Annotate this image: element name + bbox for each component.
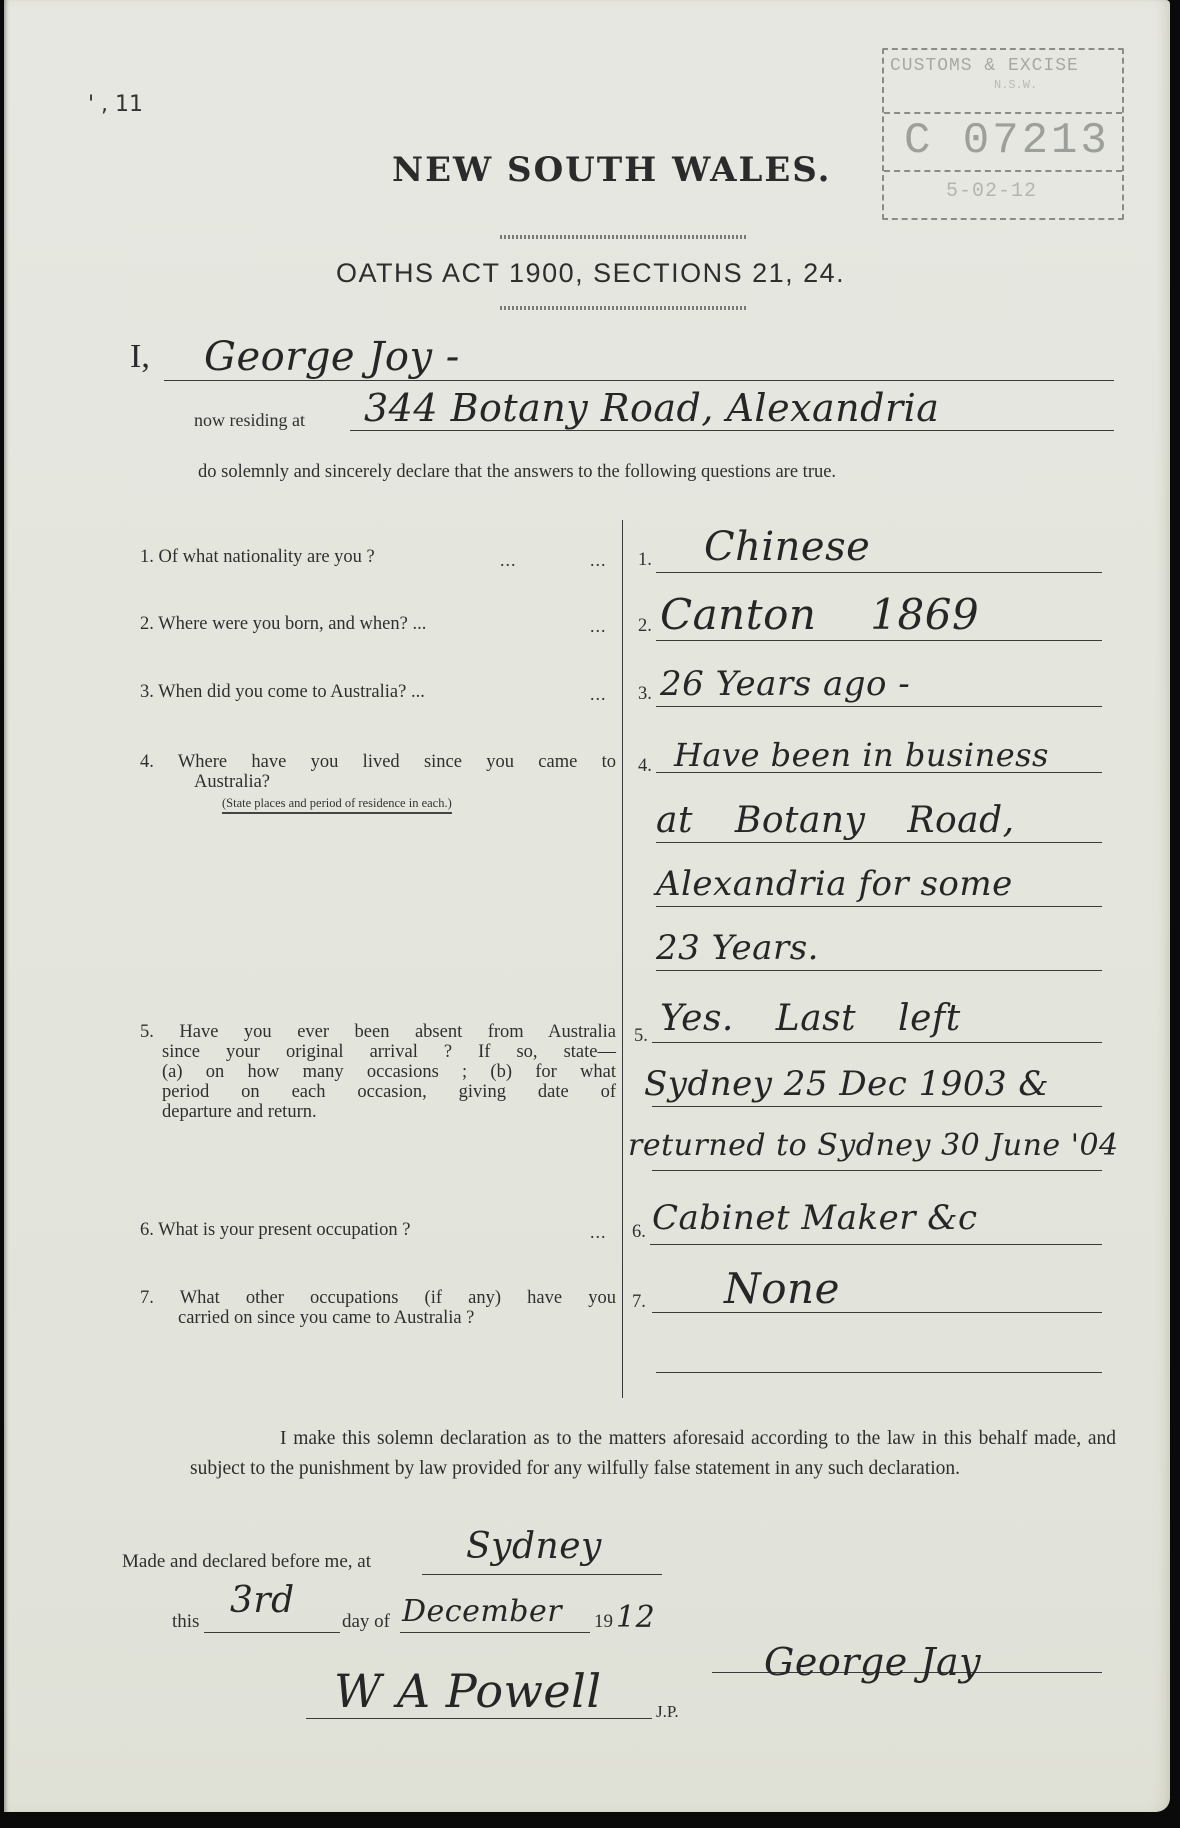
stamp-divider: [884, 112, 1122, 114]
leader-dots: ...: [590, 1222, 607, 1243]
question-number: 1.: [140, 547, 154, 567]
title-divider: [500, 235, 746, 239]
question-number: 6.: [140, 1220, 154, 1240]
question-7: 7. What other occupations (if any) have …: [140, 1288, 616, 1308]
stamp-number: C 07213: [904, 116, 1110, 166]
residing-label: now residing at: [194, 410, 305, 430]
question-4-note: (State places and period of residence in…: [222, 796, 452, 814]
question-text: Have you ever been absent from Australia: [179, 1022, 616, 1042]
month-line: [400, 1632, 590, 1633]
attestation-month: December: [402, 1594, 562, 1629]
this-label: this: [172, 1612, 199, 1632]
stamp-date: 5-02-12: [946, 180, 1037, 203]
subtitle-divider: [500, 306, 746, 310]
stamp-subheader: N.S.W.: [994, 78, 1037, 92]
answer-4-line-1: Have been in business: [674, 736, 1049, 774]
document-page: ' , 11 CUSTOMS & EXCISE N.S.W. C 07213 5…: [4, 0, 1170, 1812]
answer-number: 5.: [634, 1026, 648, 1047]
jp-label: J.P.: [656, 1702, 679, 1722]
declaration-intro: do solemnly and sincerely declare that t…: [198, 462, 836, 482]
leader-dots: ...: [590, 550, 607, 571]
answer-line: [650, 1244, 1102, 1245]
place-line: [422, 1574, 662, 1575]
question-1: 1. Of what nationality are you ?: [140, 547, 375, 567]
made-declared-label: Made and declared before me, at: [122, 1552, 371, 1572]
declarant-address: 344 Botany Road, Alexandria: [364, 386, 939, 430]
address-line: [350, 430, 1114, 431]
jp-signature-line: [306, 1718, 652, 1719]
column-divider: [622, 520, 623, 1398]
answer-line: [652, 1106, 1102, 1107]
document-title: NEW SOUTH WALES.: [392, 150, 832, 190]
answer-number: 1.: [638, 550, 652, 571]
answer-1: Chinese: [704, 524, 870, 570]
document-subtitle: OATHS ACT 1900, SECTIONS 21, 24.: [336, 258, 845, 289]
leader-dots: ...: [500, 550, 517, 571]
question-7-cont: carried on since you came to Australia ?: [178, 1308, 474, 1328]
question-6: 6. What is your present occupation ?: [140, 1220, 410, 1240]
answer-number: 7.: [632, 1292, 646, 1313]
day-line: [204, 1632, 340, 1633]
question-5-cont: period on each occasion, giving date of: [162, 1082, 616, 1102]
answer-6: Cabinet Maker &c: [652, 1198, 978, 1238]
question-4-cont: Australia?: [194, 772, 270, 792]
question-text: What is your present occupation ?: [158, 1220, 410, 1240]
answer-line: [656, 970, 1102, 971]
attestation-day: 3rd: [230, 1580, 295, 1621]
question-text: Of what nationality are you ?: [159, 547, 375, 567]
answer-line: [656, 706, 1102, 707]
answer-3: 26 Years ago -: [660, 664, 910, 704]
question-5-cont: departure and return.: [162, 1102, 317, 1122]
question-text: What other occupations (if any) have you: [180, 1288, 616, 1308]
question-5: 5. Have you ever been absent from Austra…: [140, 1022, 616, 1042]
question-number: 4.: [140, 752, 154, 772]
answer-line: [656, 906, 1102, 907]
customs-stamp: CUSTOMS & EXCISE N.S.W. C 07213 5-02-12: [882, 48, 1124, 220]
answer-5-line-3: returned to Sydney 30 June '04: [628, 1128, 1119, 1163]
question-number: 2.: [140, 614, 154, 634]
answer-number: 6.: [632, 1222, 646, 1243]
answer-4-line-2: at Botany Road,: [656, 800, 1015, 841]
attestation-year: 12: [616, 1600, 655, 1635]
answer-4-line-3: Alexandria for some: [656, 864, 1013, 904]
question-5-cont: since your original arrival ? If so, sta…: [162, 1042, 616, 1062]
name-line: [164, 380, 1114, 381]
answer-number: 2.: [638, 616, 652, 637]
declarant-name: George Joy -: [204, 334, 460, 380]
attestation-place: Sydney: [466, 1526, 602, 1567]
answer-5-line-1: Yes. Last left: [660, 998, 961, 1039]
declarant-signature: George Jay: [764, 1640, 981, 1684]
question-3: 3. When did you come to Australia? ...: [140, 682, 425, 702]
answer-line: [656, 572, 1102, 573]
year-prefix: 19: [594, 1612, 613, 1632]
declarant-prefix: I,: [130, 338, 150, 376]
leader-dots: ...: [590, 684, 607, 705]
answer-line: [656, 842, 1102, 843]
leader-dots: ...: [590, 616, 607, 637]
question-text: When did you come to Australia? ...: [158, 682, 425, 702]
jp-signature: W A Powell: [334, 1664, 602, 1718]
day-of-label: day of: [342, 1612, 390, 1632]
answer-number: 3.: [638, 684, 652, 705]
answer-5-line-2: Sydney 25 Dec 1903 &: [644, 1064, 1049, 1104]
answer-7: None: [724, 1264, 840, 1313]
question-number: 5.: [140, 1022, 154, 1042]
answer-line: [656, 1372, 1102, 1373]
question-text: Where were you born, and when? ...: [158, 614, 426, 634]
question-2: 2. Where were you born, and when? ...: [140, 614, 426, 634]
answer-number: 4.: [638, 756, 652, 777]
question-number: 7.: [140, 1288, 154, 1308]
margin-mark: ' , 11: [88, 92, 143, 117]
answer-line: [652, 1312, 1102, 1313]
stamp-divider: [884, 170, 1122, 172]
stamp-header: CUSTOMS & EXCISE: [890, 56, 1079, 76]
question-number: 3.: [140, 682, 154, 702]
question-5-cont: (a) on how many occasions ; (b) for what: [162, 1062, 616, 1082]
question-4: 4. Where have you lived since you came t…: [140, 752, 616, 772]
answer-line: [652, 1042, 1102, 1043]
question-text: Where have you lived since you came to: [178, 752, 616, 772]
answer-line: [656, 640, 1102, 641]
answer-4-line-4: 23 Years.: [656, 928, 819, 968]
answer-2: Canton 1869: [660, 590, 979, 639]
solemn-declaration: I make this solemn declaration as to the…: [190, 1424, 1116, 1484]
answer-line: [652, 1170, 1102, 1171]
